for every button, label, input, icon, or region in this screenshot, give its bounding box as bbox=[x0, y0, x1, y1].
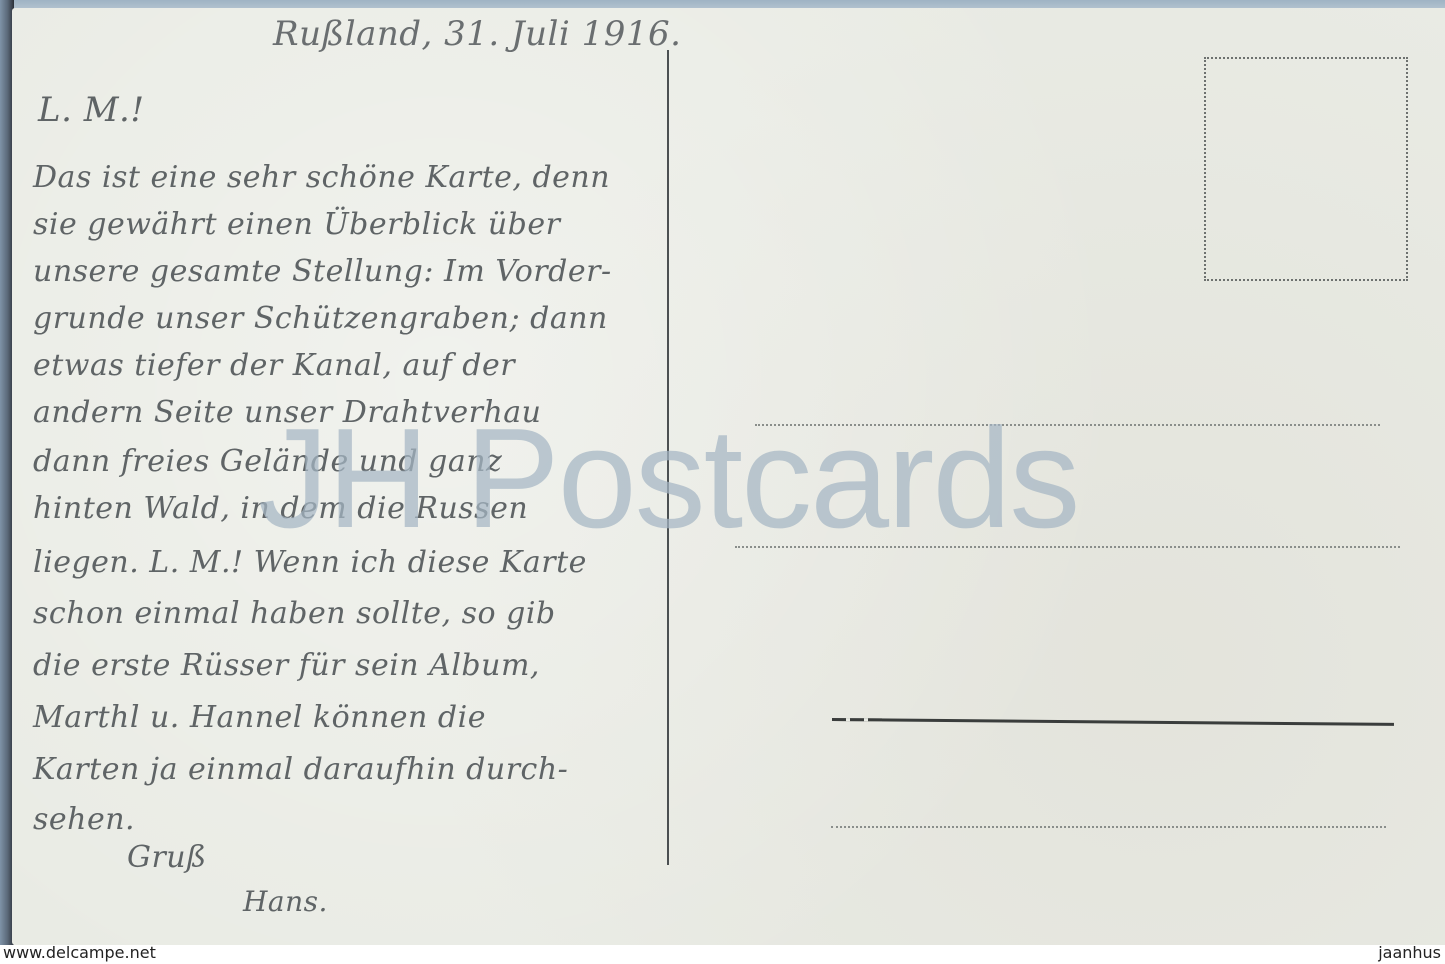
handwritten-dateline: Rußland, 31. Juli 1916. bbox=[273, 14, 681, 54]
handwritten-line: Karten ja einmal daraufhin durch- bbox=[33, 752, 568, 787]
address-line-4 bbox=[831, 826, 1386, 828]
handwritten-signature: Hans. bbox=[243, 885, 328, 918]
handwritten-line: etwas tiefer der Kanal, auf der bbox=[33, 348, 515, 383]
stamp-box bbox=[1204, 57, 1408, 281]
handwritten-line: sehen. bbox=[33, 802, 135, 837]
handwritten-line: grunde unser Schützengraben; dann bbox=[33, 301, 608, 336]
handwritten-line: die erste Rüsser für sein Album, bbox=[33, 648, 540, 683]
handwritten-closing: Gruß bbox=[127, 840, 207, 875]
handwritten-line: Marthl u. Hannel können die bbox=[33, 700, 486, 735]
handwritten-line: schon einmal haben sollte, so gib bbox=[33, 596, 556, 631]
footer-seller-name: jaanhus bbox=[1378, 943, 1441, 962]
handwritten-line: sie gewährt einen Überblick über bbox=[33, 207, 560, 242]
handwritten-salutation: L. M.! bbox=[38, 90, 144, 130]
handwritten-line: unsere gesamte Stellung: Im Vorder- bbox=[33, 254, 612, 289]
footer-site-link[interactable]: www.delcampe.net bbox=[3, 943, 156, 962]
handwritten-line: Das ist eine sehr schöne Karte, denn bbox=[33, 160, 610, 195]
watermark-text: JH Postcards bbox=[258, 408, 1078, 550]
